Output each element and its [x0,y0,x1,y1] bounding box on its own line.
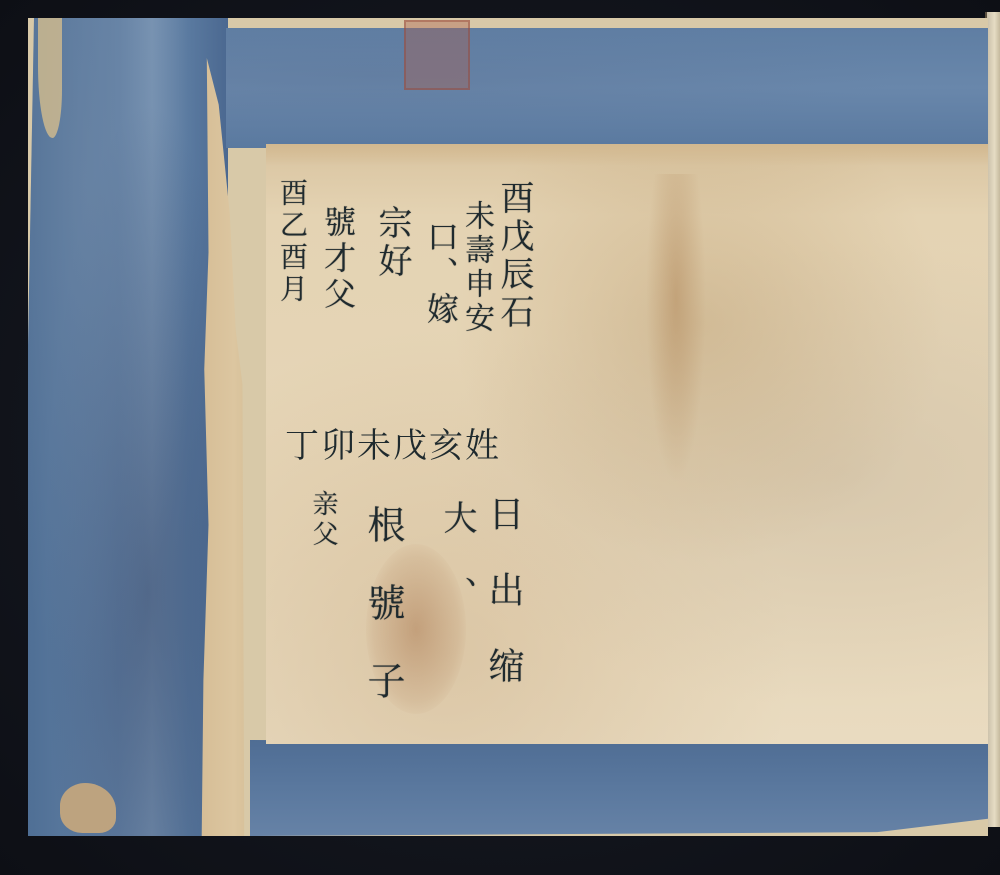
text-column-6: 酉乙酉月 [278,178,306,306]
text-column-10: 亲父 [310,490,336,550]
blue-band-bottom [250,740,988,836]
blue-band-top [226,28,988,148]
text-column-8: 大、 [440,500,474,652]
water-stain-drip [646,174,706,484]
text-column-4: 宗好 [375,205,409,281]
manuscript-scene: 酉戊辰石 未壽申安 口、嫁 宗好 號才父 酉乙酉月 丁卯未戊亥姓 日出缩 大、 … [0,0,1000,875]
text-column-3: 口、嫁 [425,220,457,328]
text-column-7: 日出缩 [485,495,521,723]
text-middle-row: 丁卯未戊亥姓 [285,418,501,467]
red-seal-stamp [404,20,470,90]
blue-cover-left [28,18,228,836]
paper-top-edge [266,144,988,166]
text-column-1: 酉戊辰石 [497,180,531,332]
text-column-2: 未壽申安 [461,200,491,336]
text-column-5: 號才父 [322,205,354,313]
text-column-9: 根號子 [364,505,402,739]
